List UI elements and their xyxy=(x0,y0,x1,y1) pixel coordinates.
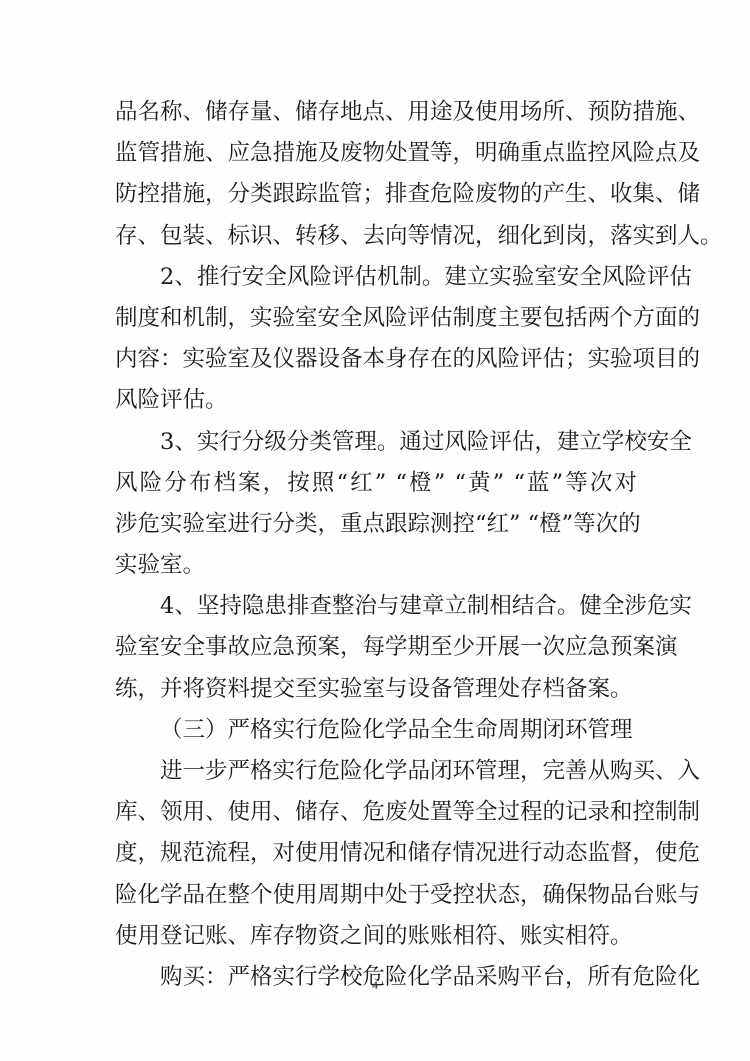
document-page: 品名称、储存量、储存地点、用途及使用场所、预防措施、监管措施、应急措施及废物处置… xyxy=(0,0,750,1061)
text-line: 监管措施、应急措施及废物处置等，明确重点监控风险点及 xyxy=(115,133,637,174)
text-line: 实验室。 xyxy=(115,545,637,586)
text-line: 2、推行安全风险评估机制。建立实验室安全风险评估 xyxy=(115,257,637,298)
text-line: 使用登记账、库存物资之间的账账相符、账实相符。 xyxy=(115,916,637,957)
text-line: 练，并将资料提交至实验室与设备管理处存档备案。 xyxy=(115,669,637,710)
text-line: 内容：实验室及仪器设备本身存在的风险评估；实验项目的 xyxy=(115,339,637,380)
text-line: 4、坚持隐患排查整治与建章立制相结合。健全涉危实 xyxy=(115,586,637,627)
text-line: 风险分布档案，按照“红” “橙” “黄” “蓝”等次对 xyxy=(115,463,637,504)
text-line: 库、领用、使用、储存、危废处置等全过程的记录和控制制 xyxy=(115,792,637,833)
text-line: 制度和机制，实验室安全风险评估制度主要包括两个方面的 xyxy=(115,298,637,339)
text-line: （三）严格实行危险化学品全生命周期闭环管理 xyxy=(115,710,637,751)
text-line: 验室安全事故应急预案，每学期至少开展一次应急预案演 xyxy=(115,627,637,668)
text-line: 3、实行分级分类管理。通过风险评估，建立学校安全 xyxy=(115,422,637,463)
document-body: 品名称、储存量、储存地点、用途及使用场所、预防措施、监管措施、应急措施及废物处置… xyxy=(115,92,637,998)
text-line: 存、包装、标识、转移、去向等情况，细化到岗，落实到人。 xyxy=(115,216,637,257)
text-line: 险化学品在整个使用周期中处于受控状态，确保物品台账与 xyxy=(115,875,637,916)
page-number: 4 xyxy=(0,980,750,992)
text-line: 防控措施，分类跟踪监管；排查危险废物的产生、收集、储 xyxy=(115,174,637,215)
text-line: 涉危实验室进行分类，重点跟踪测控“红” “橙”等次的 xyxy=(115,504,637,545)
text-line: 度，规范流程，对使用情况和储存情况进行动态监督，使危 xyxy=(115,833,637,874)
text-line: 品名称、储存量、储存地点、用途及使用场所、预防措施、 xyxy=(115,92,637,133)
text-line: 风险评估。 xyxy=(115,380,637,421)
text-line: 进一步严格实行危险化学品闭环管理，完善从购买、入 xyxy=(115,751,637,792)
